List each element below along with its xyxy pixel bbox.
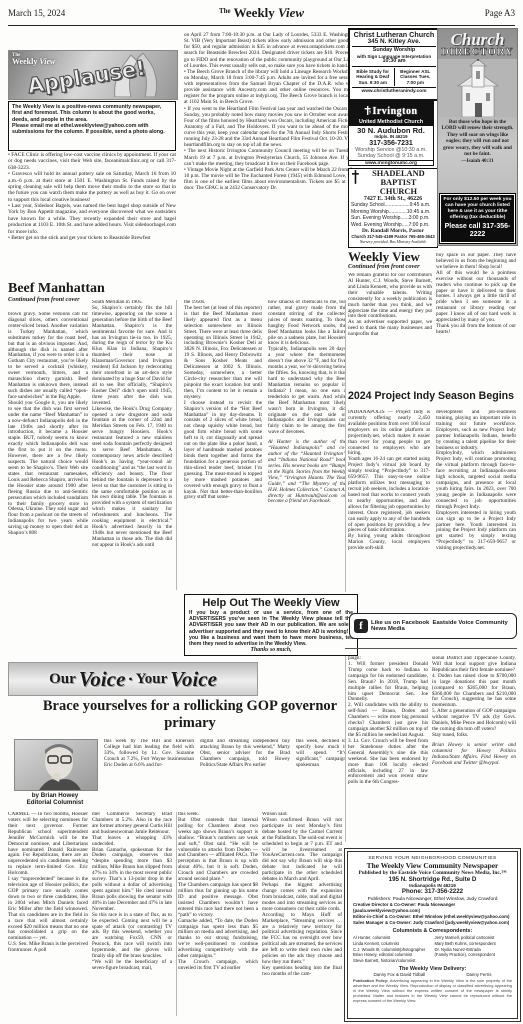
column-rule xyxy=(345,300,346,592)
brian-howey-photo xyxy=(14,739,98,791)
continued-note: Continued from front cover xyxy=(348,263,432,270)
column-rule xyxy=(345,656,346,842)
directory-promo-phone: Please call 317-356-2222 xyxy=(443,223,512,241)
article-title: Beef Manhattan xyxy=(8,282,176,296)
applause-items-center: on April 27 from 7:00-10:30 p.m. at Our … xyxy=(184,32,354,280)
church-website: www.christlutheranindy.com xyxy=(352,89,436,94)
beef-col-4: how smacks of chemicals to me, but rathe… xyxy=(268,300,346,592)
weekly-view-col-1: We remain grateful for our contributors … xyxy=(348,273,432,373)
church-website: www.irvingtonumc.org xyxy=(349,160,433,166)
applause-intro-box: The Weekly View is a positive-news commu… xyxy=(8,101,176,151)
page-header: March 15, 2024 The Weekly View Page A3 xyxy=(8,5,515,26)
gop-col-1: CARMEL — In two months, Hoosier voters w… xyxy=(8,812,88,1018)
gop-col-3: this week. But Obst contends that intern… xyxy=(178,812,258,1018)
project-indy-headline: 2024 Project Indy Season Begins xyxy=(345,390,517,406)
christ-lutheran-ad: Christ Lutheran Church 345 N. Kitley Ave… xyxy=(348,28,440,101)
gop-side-col-b: digital and streaming independent buy at… xyxy=(200,739,290,805)
church-phone: 317-356-7231 xyxy=(349,140,433,147)
author-bio: Al Hunter is the author of the “Haunted … xyxy=(268,440,346,505)
church-building-photo xyxy=(438,59,517,117)
church-directory-panel: Church DIRECTORY But those who hope in t… xyxy=(437,28,518,246)
church-schedule-cells: Bible Study for Hearing & Deaf Sun. 9:30… xyxy=(352,68,436,86)
columnist-bio: Brian Howey is senior writer and columni… xyxy=(432,743,516,767)
gop-primary-headline: Brace yourselves for a rollicking GOP go… xyxy=(40,698,340,736)
delivery-names: Danny Fox & David Tidball Danny Ferris xyxy=(353,972,512,977)
colophon-box: SERVING YOUR NEIGHBORHOOD COMMUNITIES Th… xyxy=(347,851,518,1019)
page-number: Page A3 xyxy=(485,8,515,18)
help-out-signature: Thanks so much,Ladies at the “View” xyxy=(189,647,353,656)
gop-col-6: sional District and Tippecanoe County. W… xyxy=(432,656,516,842)
gop-side-col-c: this week, declined to specify how much … xyxy=(296,739,346,805)
our-voice-banner: Our Voice • Your Voice xyxy=(8,662,258,696)
beef-col-4-text: how smacks of chemicals to me, but rathe… xyxy=(268,300,346,436)
beef-col-3: the 1950s. The best bet (at least of thi… xyxy=(184,300,262,592)
church-name: Irvington xyxy=(372,106,417,117)
scripture-reference: —Isaiah 40:31 xyxy=(438,158,517,165)
applause-banner-image: TheWeekly View Applause! xyxy=(8,50,178,100)
beef-col-2: South Meridian in 1905. So, Shapiro’s ce… xyxy=(92,300,172,655)
church-address: 345 N. Kitley Ave. xyxy=(352,39,436,46)
help-out-title: Help Out The Weekly View xyxy=(189,597,353,609)
column-rule xyxy=(176,300,177,590)
irvington-umc-ad: Irvington United Methodist Church 30 N. … xyxy=(348,99,434,166)
gop-side-col-a: this week by The Hill and Emerson Colleg… xyxy=(104,739,194,805)
weekly-view-continued: Weekly View Continued from front cover W… xyxy=(348,250,432,385)
church-directory-title: Church xyxy=(438,31,517,48)
columnists-list: Al Hunter, columnist Linda Kennett, colu… xyxy=(353,935,512,964)
colophon-name: The Weekly View Community Newspaper xyxy=(353,861,512,870)
bullet-separator: • xyxy=(128,672,132,687)
article-title: Weekly View xyxy=(348,250,432,263)
help-out-body: If you buy a product or use a service, f… xyxy=(189,610,353,647)
directory-promo-box: For only $12.50 per week you can have yo… xyxy=(440,194,515,243)
facebook-label: Like us on Facebook Eastside Voice Commu… xyxy=(371,620,512,632)
divider xyxy=(345,648,517,649)
weekly-view-logo: TheWeekly View xyxy=(12,53,55,66)
shadeland-baptist-ad: SHADELAND BAPTIST CHURCH 7427 E. 34th St… xyxy=(348,168,438,248)
facebook-icon: f xyxy=(354,619,368,633)
newspaper-page: March 15, 2024 The Weekly View Page A3 T… xyxy=(0,0,523,1024)
gop-col-4: Wilson said. Wilson confirmed Braun will… xyxy=(262,812,342,1018)
cross-and-flame-icon xyxy=(364,106,371,115)
page-title: The Weekly View xyxy=(8,5,515,21)
publication-policy: Publication Policy: Advertising appearin… xyxy=(353,979,512,1003)
beef-col-1: brown gravy. Some versions call for diag… xyxy=(8,312,88,655)
weekly-view-col-2: buy space in our paper. They have believ… xyxy=(436,253,516,385)
column-rule xyxy=(176,812,177,1016)
project-indy-col-1: INDIANAPOLIS — Project Indy is currently… xyxy=(348,410,430,608)
gop-col-5: paign: 1. Will former president Donald T… xyxy=(348,656,428,842)
byline: by Brian HoweyEditorial Columnist xyxy=(10,792,100,808)
gop-col-2: mer Commerce Secretary Brad Chambers at … xyxy=(92,812,172,1018)
facebook-strip: f Like us on Facebook Eastside Voice Com… xyxy=(349,613,517,639)
applause-items-left: • FACE Clinic is offering low-cost vacci… xyxy=(8,152,176,279)
project-indy-col-2: development and job-readiness training, … xyxy=(436,410,516,608)
help-out-box: Help Out The Weekly View If you buy a pr… xyxy=(184,594,358,656)
cross-icon xyxy=(351,170,360,184)
colophon-phone: Phone: 317-356-2222 xyxy=(353,888,512,895)
scripture-verse: But those who hope in the LORD will rene… xyxy=(438,117,517,158)
